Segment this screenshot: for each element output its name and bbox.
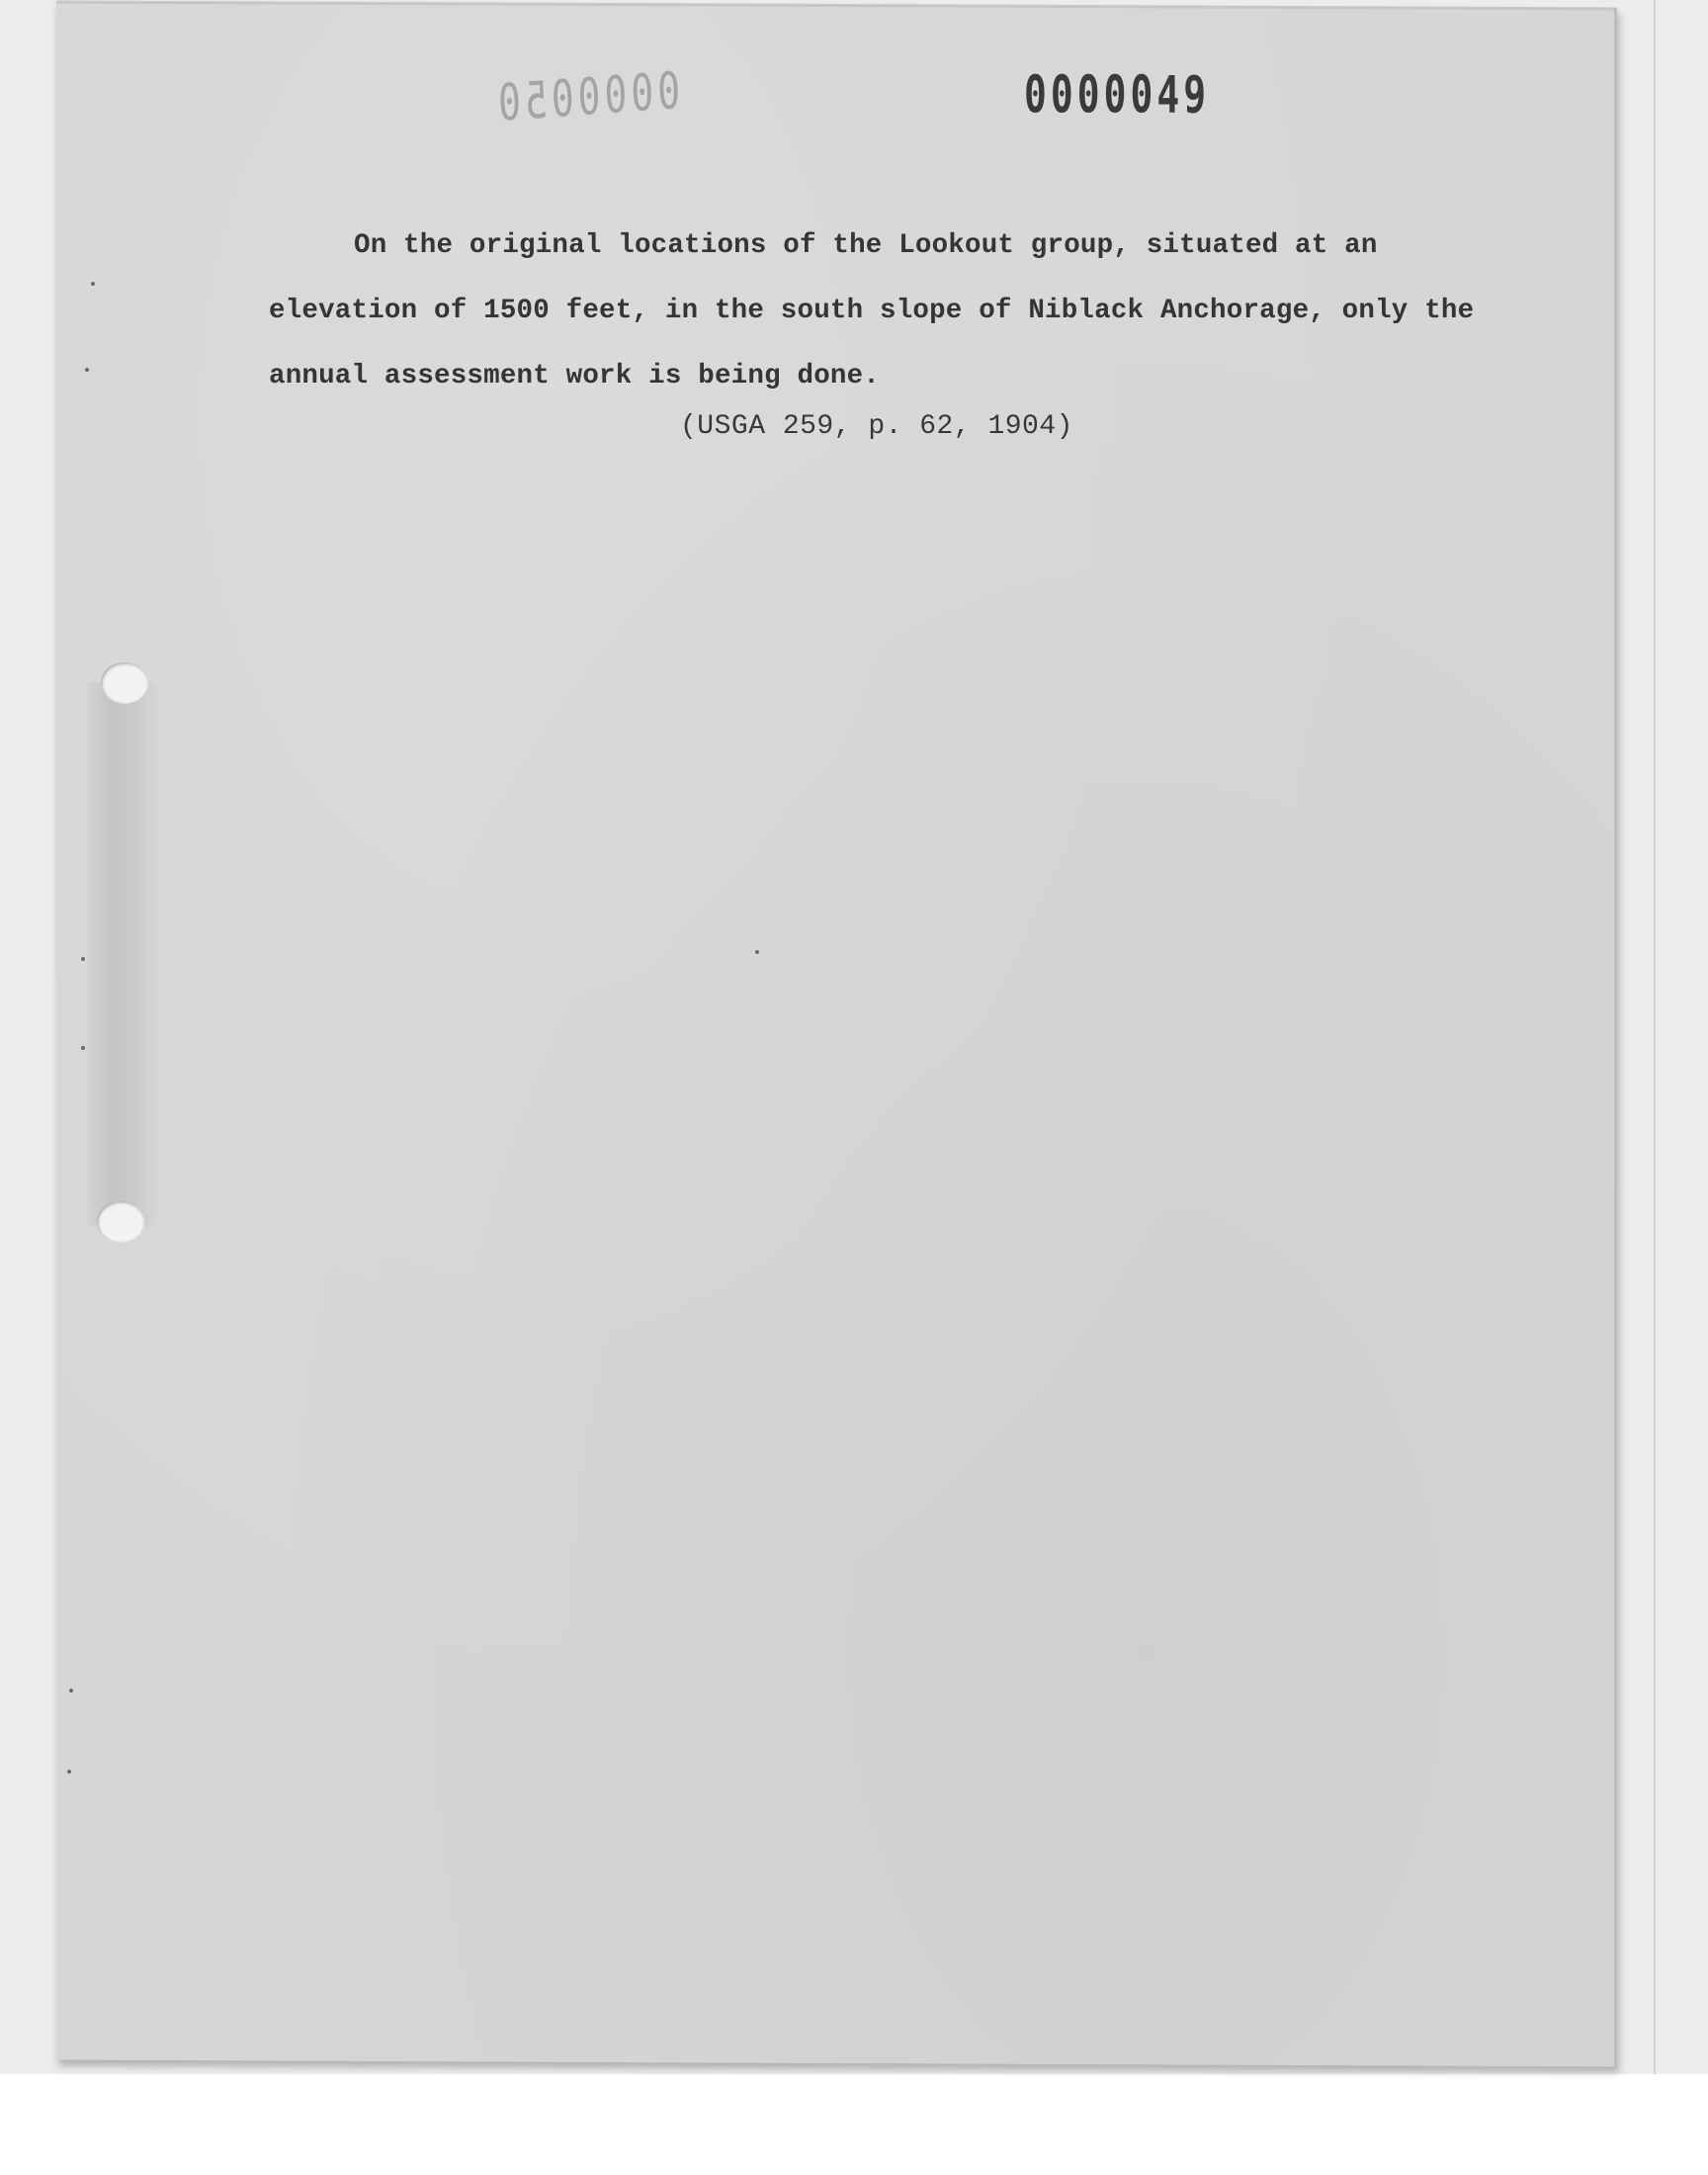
paper-speck bbox=[91, 282, 95, 286]
body-paragraph: On the original locations of the Lookout… bbox=[269, 214, 1494, 409]
paragraph-line-2: elevation of 1500 feet, in the south slo… bbox=[269, 279, 1494, 344]
punch-hole-bottom bbox=[97, 1201, 144, 1243]
paper-speck bbox=[67, 1770, 71, 1774]
punch-hole-top bbox=[101, 662, 148, 704]
paragraph-line-1: On the original locations of the Lookout… bbox=[269, 214, 1494, 279]
paper-speck bbox=[755, 950, 759, 954]
paper-speck bbox=[69, 1689, 73, 1693]
paragraph-line-3: annual assessment work is being done. bbox=[269, 344, 1494, 409]
page-number-stamp: 0000049 bbox=[1024, 65, 1210, 124]
binder-strip bbox=[87, 682, 158, 1226]
paper-speck bbox=[81, 957, 85, 961]
scanner-edge-line bbox=[1654, 0, 1656, 2074]
paper-speck bbox=[85, 368, 89, 372]
paper-speck bbox=[81, 1046, 85, 1050]
citation: (USGA 259, p. 62, 1904) bbox=[680, 411, 1073, 442]
